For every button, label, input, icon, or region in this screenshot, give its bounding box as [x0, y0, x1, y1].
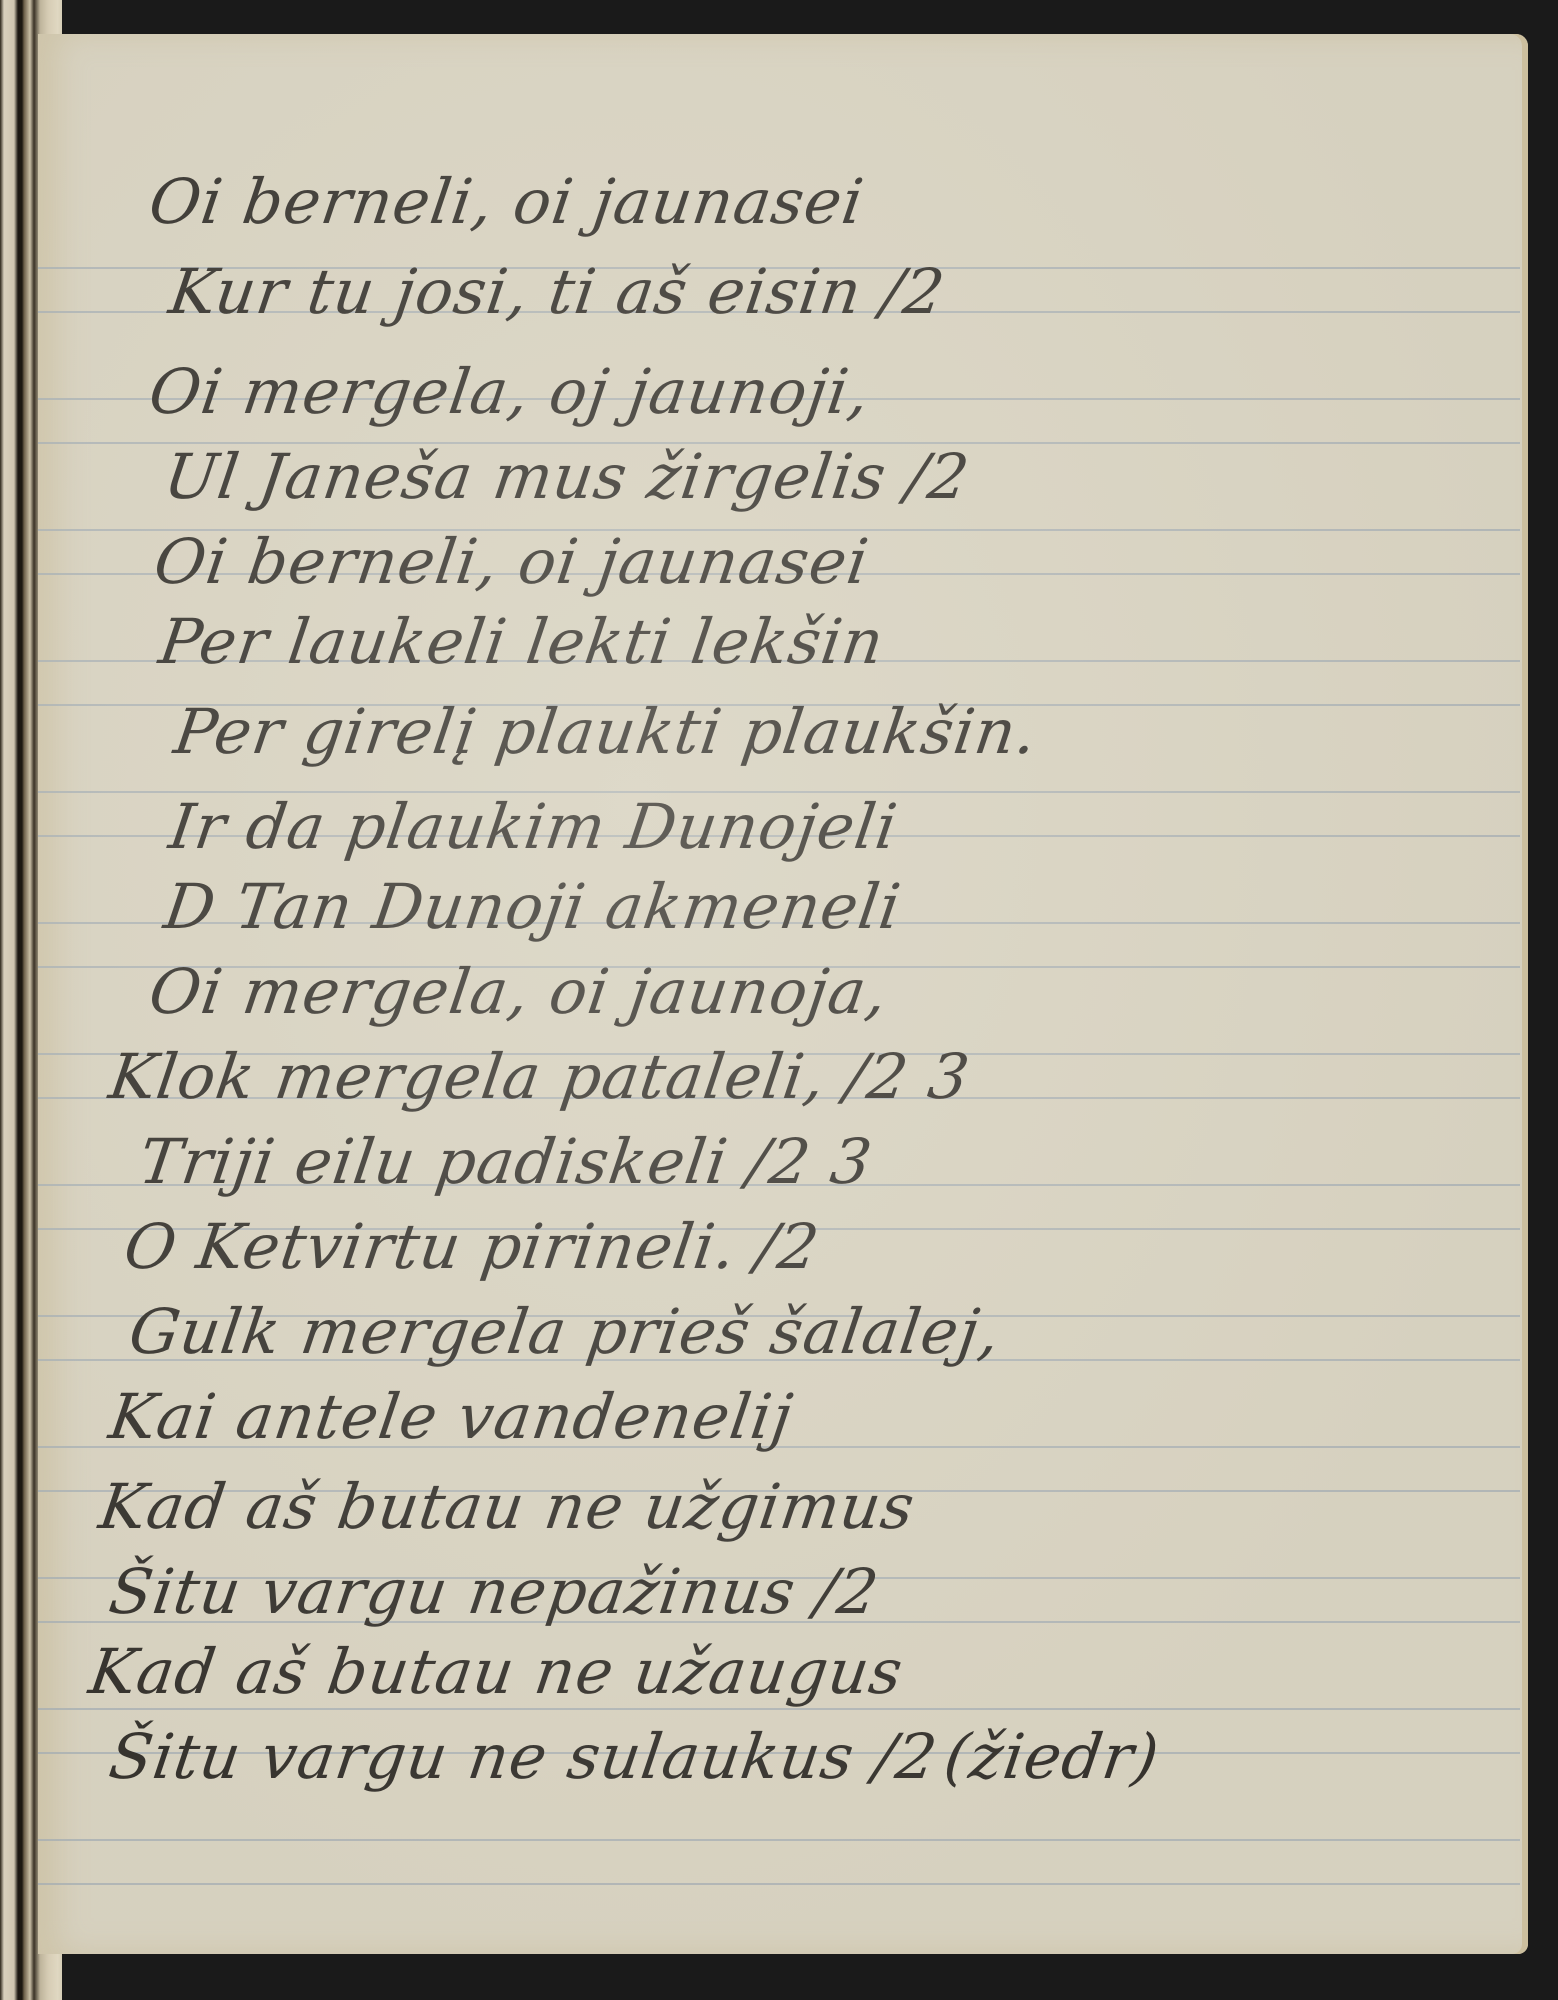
handwritten-line-12: Triji eilu padiskeli /2 3 [135, 1125, 877, 1198]
handwritten-line-1: Oi berneli, oi jaunasei [145, 165, 869, 238]
notebook-page: Oi berneli, oi jaunasei Kur tu josi, ti … [38, 34, 1528, 1954]
ruled-line [38, 1708, 1520, 1710]
handwritten-line-11: Klok mergela pataleli, /2 3 [105, 1040, 975, 1113]
handwritten-line-18: Kad aš butau ne užaugus [85, 1635, 908, 1708]
handwritten-line-10: Oi mergela, oi jaunoja, [145, 955, 892, 1028]
handwritten-line-2: Kur tu josi, ti aš eisin /2 [165, 255, 950, 328]
margin-note: (žiedr) [940, 1720, 1164, 1793]
handwritten-line-13: O Ketvirtu pirineli. /2 [120, 1210, 824, 1283]
ruled-line [38, 1883, 1520, 1885]
ruled-line [38, 1839, 1520, 1841]
handwritten-line-9: D Tan Dunoji akmeneli [160, 870, 906, 943]
handwritten-line-16: Kad aš butau ne užgimus [95, 1470, 920, 1543]
handwritten-line-17: Šitu vargu nepažinus /2 [105, 1555, 884, 1628]
handwritten-line-19: Šitu vargu ne sulaukus /2 [105, 1720, 942, 1793]
handwritten-line-14: Gulk mergela prieš šalalej, [125, 1295, 1005, 1368]
handwritten-line-6: Per laukeli lekti lekšin [155, 605, 889, 678]
handwritten-line-15: Kai antele vandenelij [105, 1380, 798, 1453]
handwritten-line-3: Oi mergela, oj jaunoji, [145, 355, 875, 428]
handwritten-line-8: Ir da plaukim Dunojeli [165, 790, 902, 863]
handwritten-line-7: Per girelį plaukti plaukšin. [170, 695, 1042, 768]
handwritten-line-4: Ul Janeša mus žirgelis /2 [160, 440, 974, 513]
handwritten-line-5: Oi berneli, oi jaunasei [150, 525, 874, 598]
